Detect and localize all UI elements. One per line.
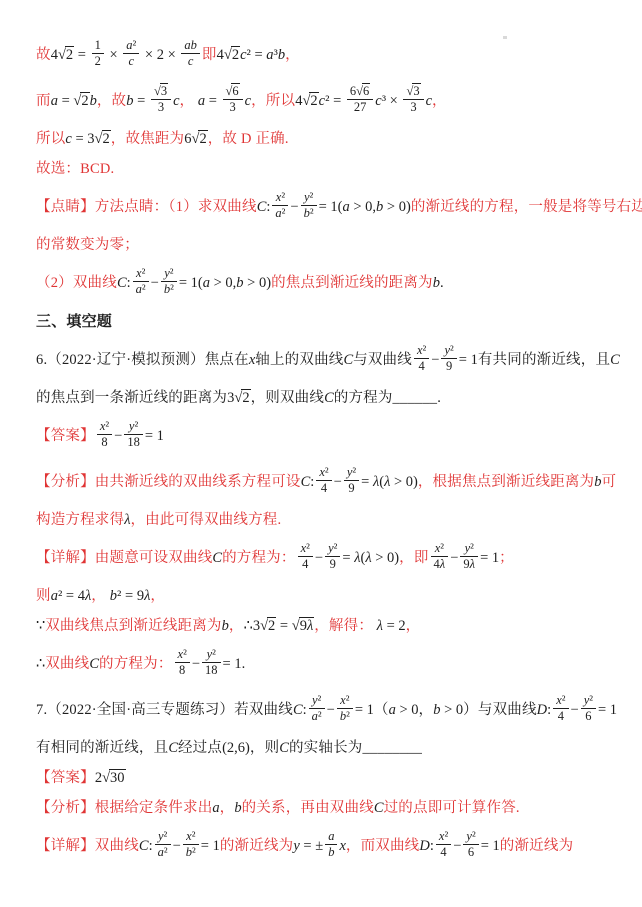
text-run: ，而双曲线 — [346, 838, 420, 854]
text-run: ， — [220, 800, 235, 816]
math-run: = 1 — [598, 702, 617, 718]
math-run: b — [234, 800, 241, 816]
text-run: 的焦点到一条渐近线的距离为 — [36, 390, 227, 406]
sqrt-radical: √9λ — [292, 618, 315, 634]
text-run: 【详解】双曲线 — [36, 838, 139, 854]
text-run: 故选：BCD. — [36, 161, 114, 177]
math-run: = 1(a > 0,b > 0) — [319, 199, 411, 215]
math-run: C — [374, 800, 384, 816]
sqrt-radical: √2 — [73, 93, 89, 109]
text-run: 【详解】由题意可设双曲线 — [36, 550, 212, 566]
math-run: − — [192, 656, 200, 672]
detail6-line1: 【详解】由题意可设双曲线C的方程为：x²4−y²9= λ(λ > 0)，即x²4… — [36, 537, 616, 579]
math-run: C: — [301, 474, 315, 490]
math-fraction: ab — [325, 829, 337, 860]
text-run: ， — [229, 618, 244, 634]
math-fraction: x²4 — [316, 465, 331, 496]
math-fraction: y²6 — [581, 693, 596, 724]
math-fraction: √33 — [403, 84, 423, 115]
math-run: = 1 — [480, 550, 499, 566]
text-run: 三、填空题 — [36, 313, 112, 330]
math-fraction: x²4λ — [431, 541, 449, 572]
math-run: 4√2 = — [51, 47, 90, 63]
math-run: y = ± — [293, 838, 323, 854]
text-run: （ — [374, 702, 389, 718]
math-fraction: y²b² — [161, 266, 177, 297]
math-run: − — [571, 702, 579, 718]
math-fraction: y²18 — [124, 419, 143, 450]
math-run: a > 0 — [389, 702, 419, 718]
question7-line1: 7.（2022·全国·高三专题练习）若双曲线C:y²a²−x²b²= 1（a >… — [36, 689, 616, 731]
text-run: 的常数变为零； — [36, 237, 139, 253]
math-run: b — [433, 275, 440, 291]
text-run: 6.（2022·辽宁·模拟预测）焦点在 — [36, 352, 249, 368]
text-run: 【答案】 — [36, 770, 95, 786]
math-run: − — [151, 275, 159, 291]
math-run: ∵ — [36, 618, 45, 634]
math-run: − — [173, 838, 181, 854]
math-run: 6√2 — [184, 131, 207, 147]
solution5-step3: 所以c = 3√2，故焦距为6√2，故 D 正确. — [36, 126, 616, 152]
tips-line1: 【点睛】方法点睛：（1）求双曲线C:x²a²−y²b²= 1(a > 0,b >… — [36, 186, 616, 228]
math-run: C: — [257, 199, 271, 215]
text-run: ， — [285, 47, 300, 63]
math-run: × — [106, 47, 121, 63]
math-run: b = — [126, 93, 149, 109]
sqrt-radical: √3 — [406, 84, 420, 98]
analysis6-line1: 【分析】由共渐近线的双曲线系方程可设C:x²4−y²9= λ(λ > 0)，根据… — [36, 461, 616, 503]
text-run: 过的点即可计算作答. — [384, 800, 520, 816]
text-run: ，即 — [399, 550, 428, 566]
math-run: c³ × — [375, 93, 401, 109]
math-run: − — [290, 199, 298, 215]
math-fraction: √33 — [151, 84, 171, 115]
text-run: 而 — [36, 93, 51, 109]
text-run: 可 — [602, 474, 617, 490]
math-fraction: x²b² — [183, 829, 199, 860]
math-run: C — [89, 656, 99, 672]
sqrt-radical: √2 — [58, 47, 74, 63]
solution5-step2: 而a = √2b，故b = √33c， a = √63c，所以4√2c² = 6… — [36, 80, 616, 122]
math-fraction: y²9 — [325, 541, 340, 572]
solution5-answer: 故选：BCD. — [36, 156, 616, 182]
math-run: ∴3√2 = √9λ — [244, 618, 315, 634]
math-run: = 1 — [481, 838, 500, 854]
text-run: 有共同的渐近线，且 — [478, 352, 610, 368]
math-fraction: x²4 — [298, 541, 313, 572]
math-fraction: y²9 — [344, 465, 359, 496]
analysis6-line2: 构造方程求得λ，由此可得双曲线方程. — [36, 507, 616, 533]
math-run: b — [594, 474, 601, 490]
analysis7: 【分析】根据给定条件求出a，b的关系，再由双曲线C过的点即可计算作答. — [36, 795, 616, 821]
math-run: − — [334, 474, 342, 490]
math-run: a — [212, 800, 219, 816]
text-run: ，故 — [97, 93, 126, 109]
sqrt-radical: √2 — [192, 131, 208, 147]
text-run: 的渐近线的方程，一般是将等号右边 — [411, 199, 642, 215]
sqrt-radical: √3 — [154, 84, 168, 98]
math-run: − — [431, 352, 439, 368]
text-run: 有相同的渐近线，且 — [36, 740, 168, 756]
math-run: − — [450, 550, 458, 566]
text-run: ，解得： — [314, 618, 373, 634]
text-run: 7.（2022·全国·高三专题练习）若双曲线 — [36, 702, 293, 718]
math-run: a² = 4λ — [51, 588, 92, 604]
math-fraction: y²a² — [309, 693, 325, 724]
detail6-line4: ∴双曲线C的方程为：x²8−y²18= 1. — [36, 643, 616, 685]
text-run: 【答案】 — [36, 428, 95, 444]
math-run: = 1 — [355, 702, 374, 718]
tips-line3: （2）双曲线C:x²a²−y²b²= 1(a > 0,b > 0)的焦点到渐近线… — [36, 262, 616, 304]
detail7-line1: 【详解】双曲线C:y²a²−x²b²= 1的渐近线为y = ±abx，而双曲线D… — [36, 825, 616, 867]
math-run: 4√2c² = a³b — [217, 47, 286, 63]
question7-line2: 有相同的渐近线，且C经过点(2,6)，则C的实轴长为________ — [36, 735, 616, 761]
text-run: 构造方程求得 — [36, 512, 124, 528]
text-run: ，故焦距为 — [111, 131, 185, 147]
text-run: . — [242, 656, 246, 672]
math-run: (2,6) — [222, 740, 250, 756]
math-run: − — [315, 550, 323, 566]
math-run: C — [279, 740, 289, 756]
math-run: = 1 — [145, 428, 164, 444]
detail6-line2: 则a² = 4λ， b² = 9λ， — [36, 583, 616, 609]
math-run: = λ(λ > 0) — [361, 474, 418, 490]
text-run: ， — [91, 588, 110, 604]
math-run: ∴ — [36, 656, 45, 672]
text-run: 经过点 — [178, 740, 222, 756]
math-run: b — [222, 618, 229, 634]
math-run: a = √2b — [51, 93, 97, 109]
text-run: （2）双曲线 — [36, 275, 117, 291]
text-run: 的关系，再由双曲线 — [242, 800, 374, 816]
sqrt-radical: √2 — [224, 47, 240, 63]
text-run: 的方程为______. — [334, 390, 441, 406]
math-run: b > 0 — [433, 702, 463, 718]
text-run: 的渐近线为 — [220, 838, 294, 854]
text-run: 的方程为： — [99, 656, 173, 672]
math-run: C — [168, 740, 178, 756]
math-fraction: 12 — [92, 38, 104, 69]
text-run: 的方程为： — [222, 550, 296, 566]
text-run: 的实轴长为________ — [289, 740, 422, 756]
math-run: C — [324, 390, 334, 406]
math-run: λ = 2 — [373, 618, 406, 634]
text-run: ， — [432, 93, 447, 109]
text-run: 【分析】由共渐近线的双曲线系方程可设 — [36, 474, 301, 490]
text-run: ，根据焦点到渐近线距离为 — [418, 474, 594, 490]
sqrt-radical: √30 — [102, 770, 125, 786]
text-run: 所以 — [36, 131, 65, 147]
detail6-line3: ∵双曲线焦点到渐近线距离为b，∴3√2 = √9λ，解得： λ = 2， — [36, 613, 616, 639]
text-run: ）与双曲线 — [463, 702, 537, 718]
text-run: ，则双曲线 — [251, 390, 325, 406]
print-speck — [503, 36, 507, 39]
document-page: 故4√2 = 12 × a²c × 2 × abc即4√2c² = a³b，而a… — [0, 0, 642, 867]
math-fraction: y²b² — [301, 190, 317, 221]
math-run: C: — [139, 838, 153, 854]
sqrt-radical: √2 — [302, 93, 318, 109]
text-run: ， — [180, 93, 195, 109]
sqrt-radical: √2 — [260, 618, 276, 634]
sqrt-radical: √6 — [226, 84, 240, 98]
text-run: 的渐近线为 — [500, 838, 574, 854]
question6-line1: 6.（2022·辽宁·模拟预测）焦点在x轴上的双曲线C与双曲线x²4−y²9= … — [36, 339, 616, 381]
math-fraction: x²8 — [97, 419, 112, 450]
text-run: ，故 D 正确. — [208, 131, 289, 147]
math-run: = 1 — [223, 656, 242, 672]
text-run: ，则 — [250, 740, 279, 756]
math-run: 3√2 — [227, 390, 250, 406]
answer7: 【答案】2√30 — [36, 765, 616, 791]
math-fraction: x²4 — [414, 343, 429, 374]
math-run: = 1 — [201, 838, 220, 854]
question6-line2: 的焦点到一条渐近线的距离为3√2，则双曲线C的方程为______. — [36, 385, 616, 411]
text-run: ，所以 — [251, 93, 295, 109]
math-fraction: x²8 — [175, 647, 190, 678]
math-run: C: — [117, 275, 131, 291]
math-run: = λ(λ > 0) — [342, 550, 399, 566]
section-header-fill-in: 三、填空题 — [36, 308, 616, 335]
tips-line2: 的常数变为零； — [36, 232, 616, 258]
math-run: C: — [293, 702, 307, 718]
text-run: 即 — [202, 47, 217, 63]
text-run: 则 — [36, 588, 51, 604]
math-run: − — [327, 702, 335, 718]
math-fraction: x²4 — [436, 829, 451, 860]
math-fraction: √63 — [223, 84, 243, 115]
math-run: C — [610, 352, 620, 368]
text-run: ， — [419, 702, 434, 718]
math-fraction: 6√627 — [347, 84, 373, 115]
math-run: C — [212, 550, 222, 566]
math-fraction: y²9 — [441, 343, 456, 374]
math-fraction: a²c — [123, 38, 139, 69]
text-run: ， — [150, 588, 165, 604]
text-run: 与双曲线 — [353, 352, 412, 368]
math-run: = 1 — [459, 352, 478, 368]
math-fraction: x²a² — [272, 190, 288, 221]
text-run: ， — [406, 618, 421, 634]
sqrt-radical: √6 — [356, 84, 370, 98]
text-run: ，由此可得双曲线方程. — [130, 512, 281, 528]
math-run: 4√2c² = — [295, 93, 345, 109]
text-run: 【点睛】方法点睛：（1）求双曲线 — [36, 199, 257, 215]
math-run: − — [114, 428, 122, 444]
math-run: b² = 9λ — [110, 588, 151, 604]
math-fraction: y²18 — [202, 647, 221, 678]
math-run: − — [453, 838, 461, 854]
math-run: D: — [537, 702, 552, 718]
sqrt-radical: √2 — [95, 131, 111, 147]
math-run: a = — [194, 93, 220, 109]
text-run: 轴上的双曲线 — [255, 352, 343, 368]
math-run: 2√30 — [95, 770, 126, 786]
text-run: 双曲线焦点到渐近线距离为 — [45, 618, 221, 634]
math-run: D: — [419, 838, 434, 854]
text-run: 【分析】根据给定条件求出 — [36, 800, 212, 816]
math-fraction: x²b² — [337, 693, 353, 724]
math-fraction: y²a² — [155, 829, 171, 860]
sqrt-radical: √2 — [234, 390, 250, 406]
math-fraction: x²4 — [553, 693, 568, 724]
solution5-step1: 故4√2 = 12 × a²c × 2 × abc即4√2c² = a³b， — [36, 34, 616, 76]
text-run: 故 — [36, 47, 51, 63]
math-run: × 2 × — [141, 47, 179, 63]
math-run: c = 3√2 — [65, 131, 110, 147]
math-fraction: y²9λ — [460, 541, 478, 572]
answer6: 【答案】x²8−y²18= 1 — [36, 415, 616, 457]
text-run: . — [440, 275, 444, 291]
math-run: C — [343, 352, 353, 368]
text-run: 双曲线 — [45, 656, 89, 672]
math-fraction: y²6 — [463, 829, 478, 860]
math-run: = 1(a > 0,b > 0) — [179, 275, 271, 291]
text-run: ； — [499, 550, 514, 566]
text-run: 的焦点到渐近线的距离为 — [271, 275, 433, 291]
math-fraction: abc — [181, 38, 200, 69]
math-fraction: x²a² — [133, 266, 149, 297]
